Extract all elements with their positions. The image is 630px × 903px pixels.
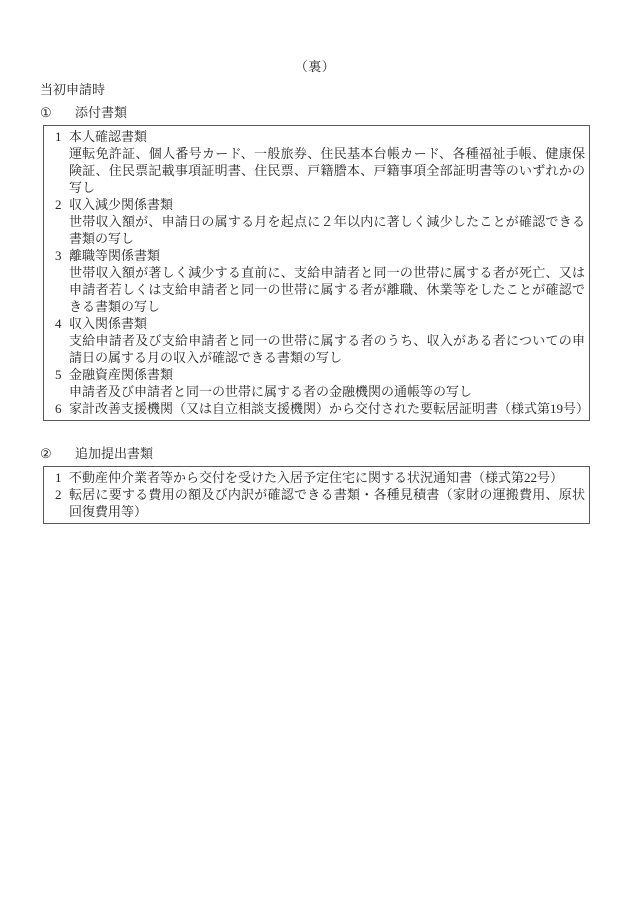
table-row: 3 離職等関係書類 世帯収入額が著しく減少する直前に、支給申請者と同一の世帯に属… — [44, 247, 585, 315]
item-description: 世帯収入額が、申請日の属する月を起点に２年以内に著しく減少したことが確認できる書… — [69, 213, 585, 247]
additional-documents-table: 1 不動産仲介業者等から交付を受けた入居予定住宅に関する状況通知書（様式第22号… — [43, 466, 590, 524]
item-title: 収入関係書類 — [69, 315, 585, 332]
item-title: 収入減少関係書類 — [69, 196, 585, 213]
table-row: 4 収入関係書類 支給申請者及び支給申請者と同一の世帯に属する者のうち、収入があ… — [44, 315, 585, 366]
item-number: 1 — [55, 469, 62, 486]
item-title: 転居に要する費用の額及び内訳が確認できる書類・各種見積書（家財の運搬費用、原状回… — [69, 486, 585, 520]
section-head: ①添付書類 — [40, 104, 590, 121]
table-row: 2 転居に要する費用の額及び内訳が確認できる書類・各種見積書（家財の運搬費用、原… — [44, 486, 585, 520]
table-row: 6 家計改善支援機関（又は自立相談支援機関）から交付された要転居証明書（様式第1… — [44, 400, 585, 417]
item-number: 6 — [55, 400, 62, 417]
table-row: 1 不動産仲介業者等から交付を受けた入居予定住宅に関する状況通知書（様式第22号… — [44, 469, 585, 486]
item-title: 不動産仲介業者等から交付を受けた入居予定住宅に関する状況通知書（様式第22号） — [69, 469, 585, 486]
item-number: 2 — [55, 486, 62, 503]
section-title: 添付書類 — [75, 105, 127, 120]
item-title: 金融資産関係書類 — [69, 366, 585, 383]
attached-documents-table: 1 本人確認書類 運転免許証、個人番号カード、一般旅券、住民基本台帳カード、各種… — [43, 125, 590, 421]
item-description: 支給申請者及び支給申請者と同一の世帯に属する者のうち、収入がある者についての申請… — [69, 332, 585, 366]
section-head: ②追加提出書類 — [40, 445, 590, 462]
section-marker: ② — [40, 445, 75, 462]
section-marker: ① — [40, 104, 75, 121]
section-attached-documents: ①添付書類 1 本人確認書類 運転免許証、個人番号カード、一般旅券、住民基本台帳… — [40, 104, 590, 421]
item-title: 本人確認書類 — [69, 128, 585, 145]
item-number: 3 — [55, 247, 62, 264]
item-description: 運転免許証、個人番号カード、一般旅券、住民基本台帳カード、各種福祉手帳、健康保険… — [69, 145, 585, 196]
page-heading: 当初申請時 — [40, 81, 590, 98]
table-row: 1 本人確認書類 運転免許証、個人番号カード、一般旅券、住民基本台帳カード、各種… — [44, 128, 585, 196]
item-number: 1 — [55, 128, 62, 145]
item-description: 申請者及び申請者と同一の世帯に属する者の金融機関の通帳等の写し — [69, 383, 585, 400]
section-additional-documents: ②追加提出書類 1 不動産仲介業者等から交付を受けた入居予定住宅に関する状況通知… — [40, 445, 590, 524]
item-description: 世帯収入額が著しく減少する直前に、支給申請者と同一の世帯に属する者が死亡、又は申… — [69, 264, 585, 315]
document-page: （裏） 当初申請時 ①添付書類 1 本人確認書類 運転免許証、個人番号カード、一… — [0, 0, 630, 903]
table-row: 5 金融資産関係書類 申請者及び申請者と同一の世帯に属する者の金融機関の通帳等の… — [44, 366, 585, 400]
item-number: 2 — [55, 196, 62, 213]
page-side-label: （裏） — [40, 58, 590, 75]
table-row: 2 収入減少関係書類 世帯収入額が、申請日の属する月を起点に２年以内に著しく減少… — [44, 196, 585, 247]
item-title: 離職等関係書類 — [69, 247, 585, 264]
section-title: 追加提出書類 — [75, 446, 153, 461]
item-title: 家計改善支援機関（又は自立相談支援機関）から交付された要転居証明書（様式第19号… — [69, 400, 585, 417]
item-number: 5 — [55, 366, 62, 383]
item-number: 4 — [55, 315, 62, 332]
